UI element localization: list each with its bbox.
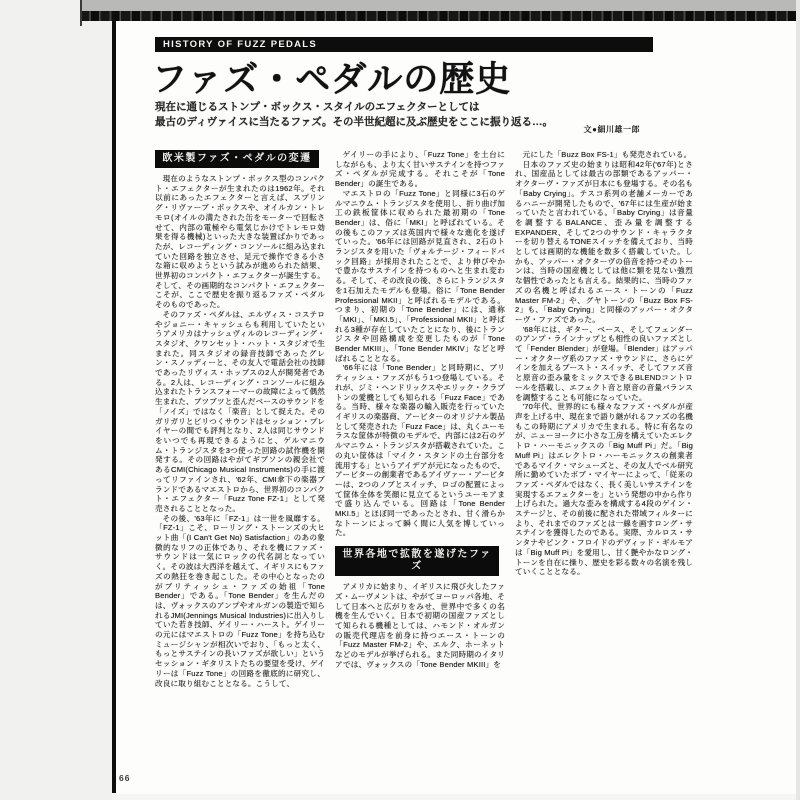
scanned-magazine-page: HISTORY OF FUZZ PEDALS ファズ・ペダルの歴史 現在に通じる…: [0, 0, 800, 800]
paragraph: 元にした「Buzz Box FS-1」も発売されている。: [515, 150, 693, 160]
paragraph: '70年代、世界的にも様々なファズ・ペダルが産声を上げる中、現在まで語り継がれる…: [515, 402, 693, 577]
scan-left-margin: [0, 0, 112, 800]
scan-right-edge: [796, 0, 800, 800]
article-column-1: 欧米製ファズ・ペダルの変遷 現在のようなストンプ・ボックス型のコンパクト・エフェ…: [155, 150, 325, 787]
section-heading-2: 世界各地で拡散を遂げたファズ: [335, 546, 499, 576]
paragraph: '68年には、ギター、ベース、そしてフェンダーのアンプ・ラインナップとも相性の良…: [515, 325, 693, 403]
author-credit: 文●細川雄一郎: [500, 124, 640, 135]
paragraph: 日本のファズ史の始まりは昭和42年('67年)とされ、国産品としては最古の部類で…: [515, 160, 693, 325]
page-binding-line: [112, 12, 116, 793]
scan-top-gray-strip: [80, 0, 800, 11]
article-column-2: ゲイリーの手により、「Fuzz Tone」を土台にしながらも、より太く甘いサステ…: [335, 150, 505, 787]
section-heading-1: 欧米製ファズ・ペダルの変遷: [155, 150, 319, 168]
subtitle-line-1: 現在に通じるストンプ・ボックス・スタイルのエフェクターとしては: [155, 100, 575, 115]
scan-bottom-bar: [118, 789, 718, 796]
page-number: 66: [119, 773, 130, 783]
scan-top-left-tick: [80, 0, 82, 26]
paragraph: ゲイリーの手により、「Fuzz Tone」を土台にしながらも、より太く甘いサステ…: [335, 150, 505, 189]
paragraph: 現在のようなストンプ・ボックス型のコンパクト・エフェクターが生まれたのは1962…: [155, 174, 325, 310]
paragraph: アメリカに始まり、イギリスに飛び火したファズ・ムーヴメントは、やがてヨーロッパ各…: [335, 582, 505, 669]
paragraph: その後、'63年に「FZ-1」は一世を風靡する。「FZ-1」こそ、ローリング・ス…: [155, 514, 325, 689]
page-title: ファズ・ペダルの歴史: [152, 52, 712, 102]
paragraph: '66年には「Tone Bender」と同時期に、ブリティッシュ・ファズがもう1…: [335, 363, 505, 538]
paragraph: そのファズ・ペダルは、エルヴィス・コステロやジョニー・キャッシュらも利用していた…: [155, 310, 325, 514]
article-column-3: 元にした「Buzz Box FS-1」も発売されている。 日本のファズ史の始まり…: [515, 150, 693, 787]
scan-top-dark-band: [80, 11, 800, 21]
paragraph: マエストロの「Fuzz Tone」と同様に3石のゲルマニウム・トランジスタを使用…: [335, 189, 505, 364]
kicker-bar: HISTORY OF FUZZ PEDALS: [155, 37, 653, 52]
